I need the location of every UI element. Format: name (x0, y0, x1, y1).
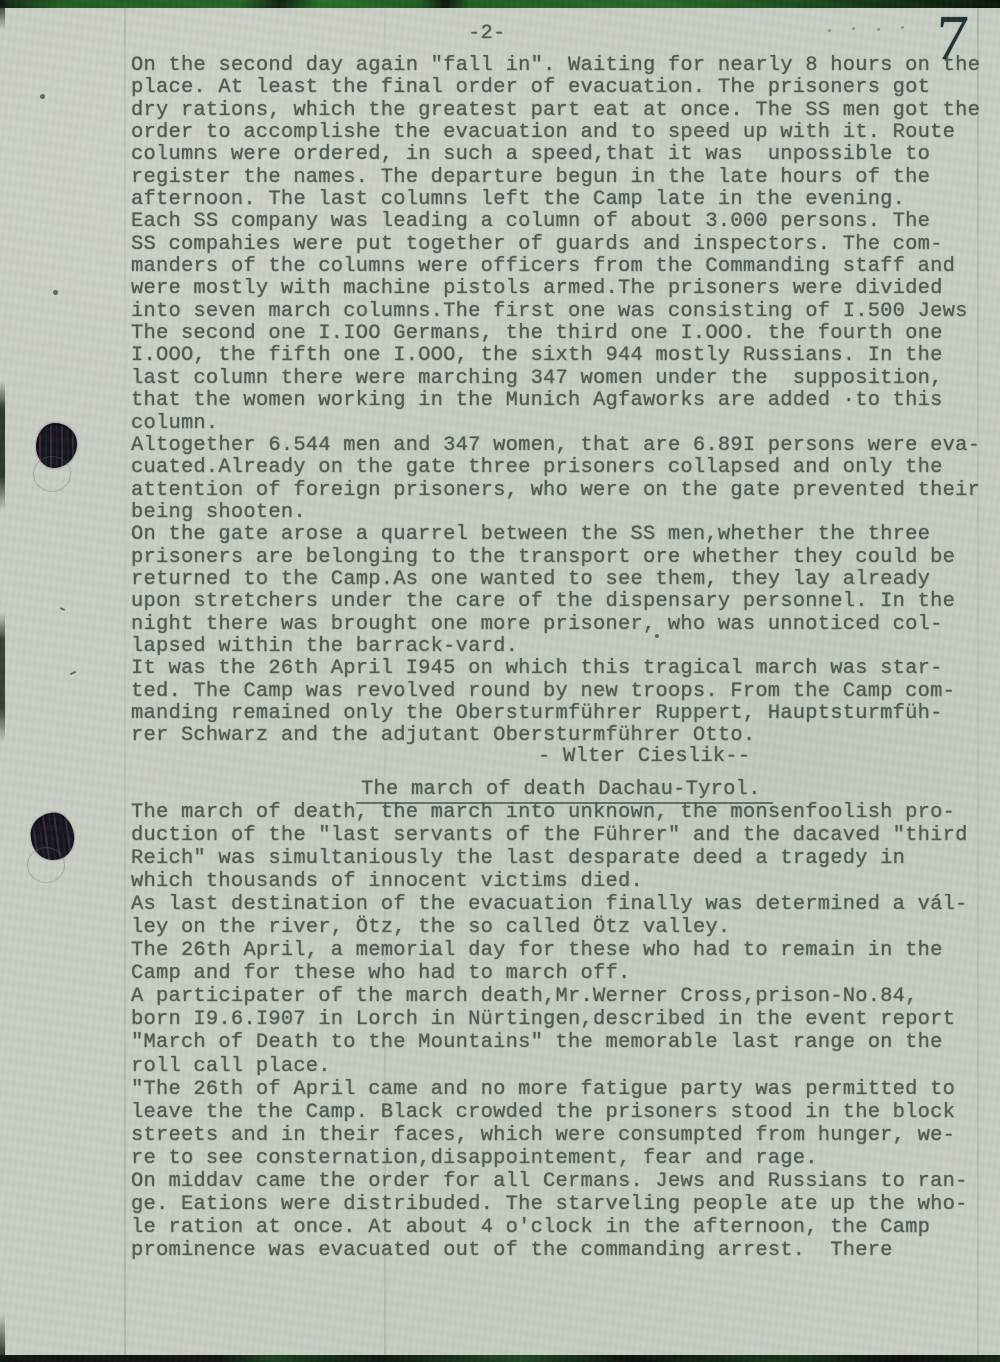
typed-page-number: -2- (468, 22, 505, 45)
paper-speck (70, 671, 76, 675)
report-body-part2: The march of death, the march into unkno… (131, 801, 968, 1262)
paper-speck (40, 94, 45, 99)
paper-speck (655, 634, 659, 638)
paper-speck (852, 27, 855, 30)
report-body-part1: On the second day again "fall in". Waiti… (131, 55, 980, 748)
scanned-document-page: -2- 7 On the second day again "fall in".… (0, 0, 1000, 1362)
scan-edge-bottom (0, 1355, 1000, 1362)
punch-hole-emboss-ring (27, 847, 65, 883)
paper-crease (124, 0, 126, 1362)
paper-speck (60, 607, 65, 611)
paper-speck (901, 26, 904, 29)
signature-line: - Wlter Cieslik-- (538, 745, 750, 768)
paper-speck (828, 29, 831, 32)
paper-speck (877, 28, 880, 31)
paper-speck (53, 290, 58, 295)
scan-edge-left (0, 0, 5, 1362)
scan-edge-top (0, 0, 1000, 8)
punch-hole-emboss-ring (33, 456, 71, 492)
